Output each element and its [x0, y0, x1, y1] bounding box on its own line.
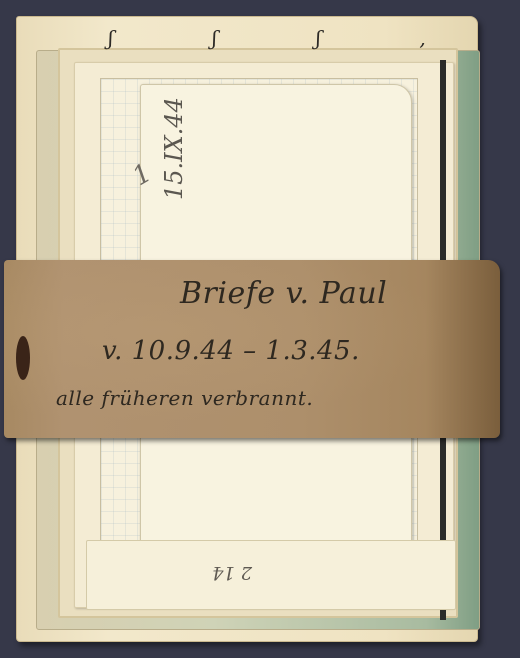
top-handwriting-marks: ʃ ʃ ʃ , ʃ mk	[108, 26, 520, 50]
band-tear	[16, 336, 30, 380]
bottom-note: 2 14	[212, 562, 252, 583]
band-title: Briefe v. Paul	[180, 276, 387, 311]
letter-date: 15.IX.44	[160, 97, 188, 200]
band-dates: v. 10.9.44 – 1.3.45.	[102, 336, 360, 366]
band-note: alle früheren verbrannt.	[56, 386, 313, 410]
bottom-card	[86, 540, 456, 610]
paper-band: Briefe v. Paul v. 10.9.44 – 1.3.45. alle…	[4, 260, 500, 438]
